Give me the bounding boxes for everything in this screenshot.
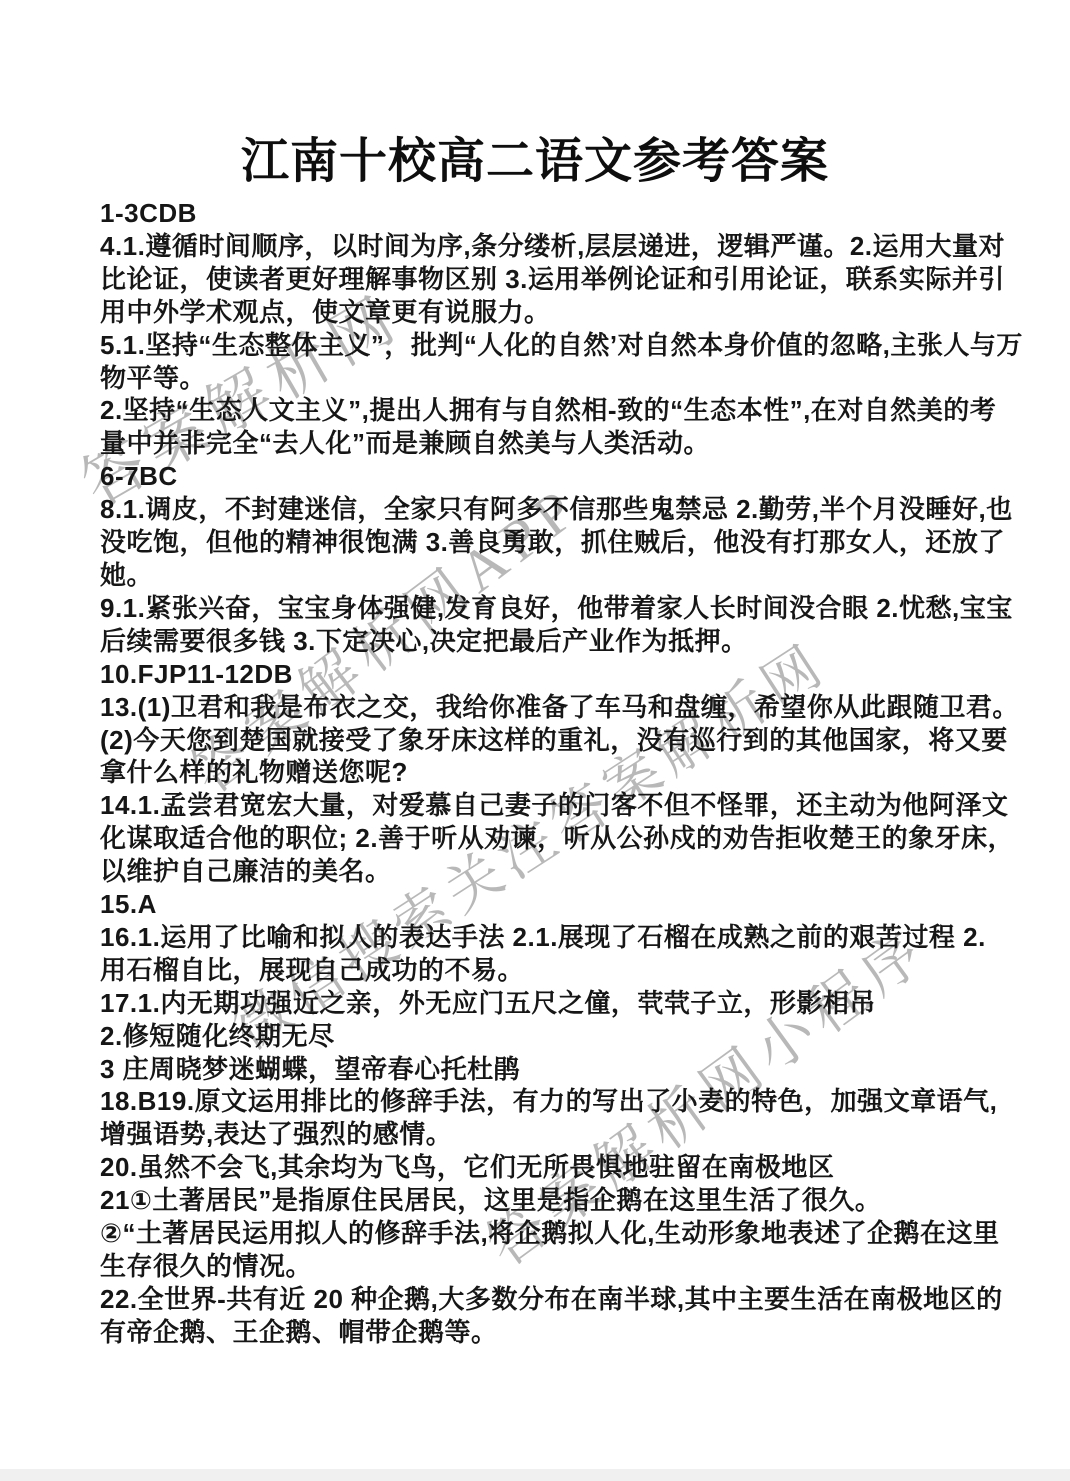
answer-line: 10.FJP11-12DB [100, 658, 990, 691]
answer-line: 2.修短随化终期无尽 [100, 1020, 990, 1053]
answer-line: 16.1.运用了比喻和拟人的表达手法 2.1.展现了石榴在成熟之前的艰苦过程 2… [100, 921, 990, 954]
answer-line: 她。 [100, 559, 990, 592]
answer-line: 没吃饱，但他的精神很饱满 3.善良勇敢，抓住贼后，他没有打那女人，还放了 [100, 526, 990, 559]
answer-line: 6-7BC [100, 460, 990, 493]
answer-line: 生存很久的情况。 [100, 1250, 990, 1283]
answer-line: 15.A [100, 888, 990, 921]
answer-line: 17.1.内无期功强近之亲，外无应门五尺之僮，茕茕子立，形影相吊 [100, 987, 990, 1020]
answer-line: 2.坚持“生态人文主义”,提出人拥有与自然相-致的“生态本性”,在对自然美的考 [100, 394, 990, 427]
answer-line: 以维护自己廉洁的美名。 [100, 855, 990, 888]
answer-line: 21①土著居民”是指原住民居民，这里是指企鹅在这里生活了很久。 [100, 1184, 990, 1217]
scanned-answer-sheet: 答案解析网 答案解析网APP 微信搜索关注答案解析网 答案解析网小程序 江南十校… [0, 0, 1070, 1481]
answer-line: 14.1.孟尝君宽宏大量，对爱慕自己妻子的门客不但不怪罪，还主动为他阿泽文 [100, 789, 990, 822]
answer-line: 5.1.坚持“生态整体主义”，批判“人化的自然’对自然本身价值的忽略,主张人与万 [100, 329, 990, 362]
answer-line: 8.1.调皮，不封建迷信，全家只有阿多不信那些鬼禁忌 2.勤劳,半个月没睡好,也 [100, 493, 990, 526]
answer-line: ②“土著居民运用拟人的修辞手法,将企鹅拟人化,生动形象地表述了企鹅在这里 [100, 1217, 990, 1250]
answer-line: 比论证，使读者更好理解事物区别 3.运用举例论证和引用论证，联系实际并引 [100, 263, 990, 296]
answer-line: 物平等。 [100, 362, 990, 395]
answer-line: 化谋取适合他的职位; 2.善于听从劝谏，听从公孙戍的劝告拒收楚王的象牙床， [100, 822, 990, 855]
answer-line: 有帝企鹅、王企鹅、帽带企鹅等。 [100, 1316, 990, 1349]
answer-line: 量中并非完全“去人化”而是兼顾自然美与人类活动。 [100, 427, 990, 460]
answer-line: (2)今天您到楚国就接受了象牙床这样的重礼，没有巡行到的其他国家，将又要 [100, 724, 990, 757]
answer-line: 3 庄周晓梦迷蝴蝶，望帝春心托杜鹃 [100, 1053, 990, 1086]
answer-line: 20.虽然不会飞,其余均为飞鸟，它们无所畏惧地驻留在南极地区 [100, 1151, 990, 1184]
answer-line: 13.(1)卫君和我是布衣之交，我给你准备了车马和盘缠，希望你从此跟随卫君。 [100, 691, 990, 724]
answer-line: 22.全世界-共有近 20 种企鹅,大多数分布在南半球,其中主要生活在南极地区的 [100, 1283, 990, 1316]
answer-line: 后续需要很多钱 3.下定决心,决定把最后产业作为抵押。 [100, 625, 990, 658]
scan-edge-shadow [0, 1469, 1070, 1481]
answer-line: 用中外学术观点，使文章更有说服力。 [100, 296, 990, 329]
answer-line: 18.B19.原文运用排比的修辞手法，有力的写出了小麦的特色，加强文章语气, [100, 1085, 990, 1118]
answer-line: 增强语势,表达了强烈的感情。 [100, 1118, 990, 1151]
answer-line: 4.1.遵循时间顺序，以时间为序,条分缕析,层层递进，逻辑严谨。2.运用大量对 [100, 230, 990, 263]
answer-line: 9.1.紧张兴奋，宝宝身体强健,发育良好，他带着家人长时间没合眼 2.忧愁,宝宝 [100, 592, 990, 625]
page-title: 江南十校高二语文参考答案 [0, 122, 1070, 191]
answer-lines: 1-3CDB4.1.遵循时间顺序，以时间为序,条分缕析,层层递进，逻辑严谨。2.… [100, 197, 990, 1349]
answer-line: 1-3CDB [100, 197, 990, 230]
answer-line: 用石榴自比，展现自己成功的不易。 [100, 954, 990, 987]
answer-line: 拿什么样的礼物赠送您呢? [100, 756, 990, 789]
